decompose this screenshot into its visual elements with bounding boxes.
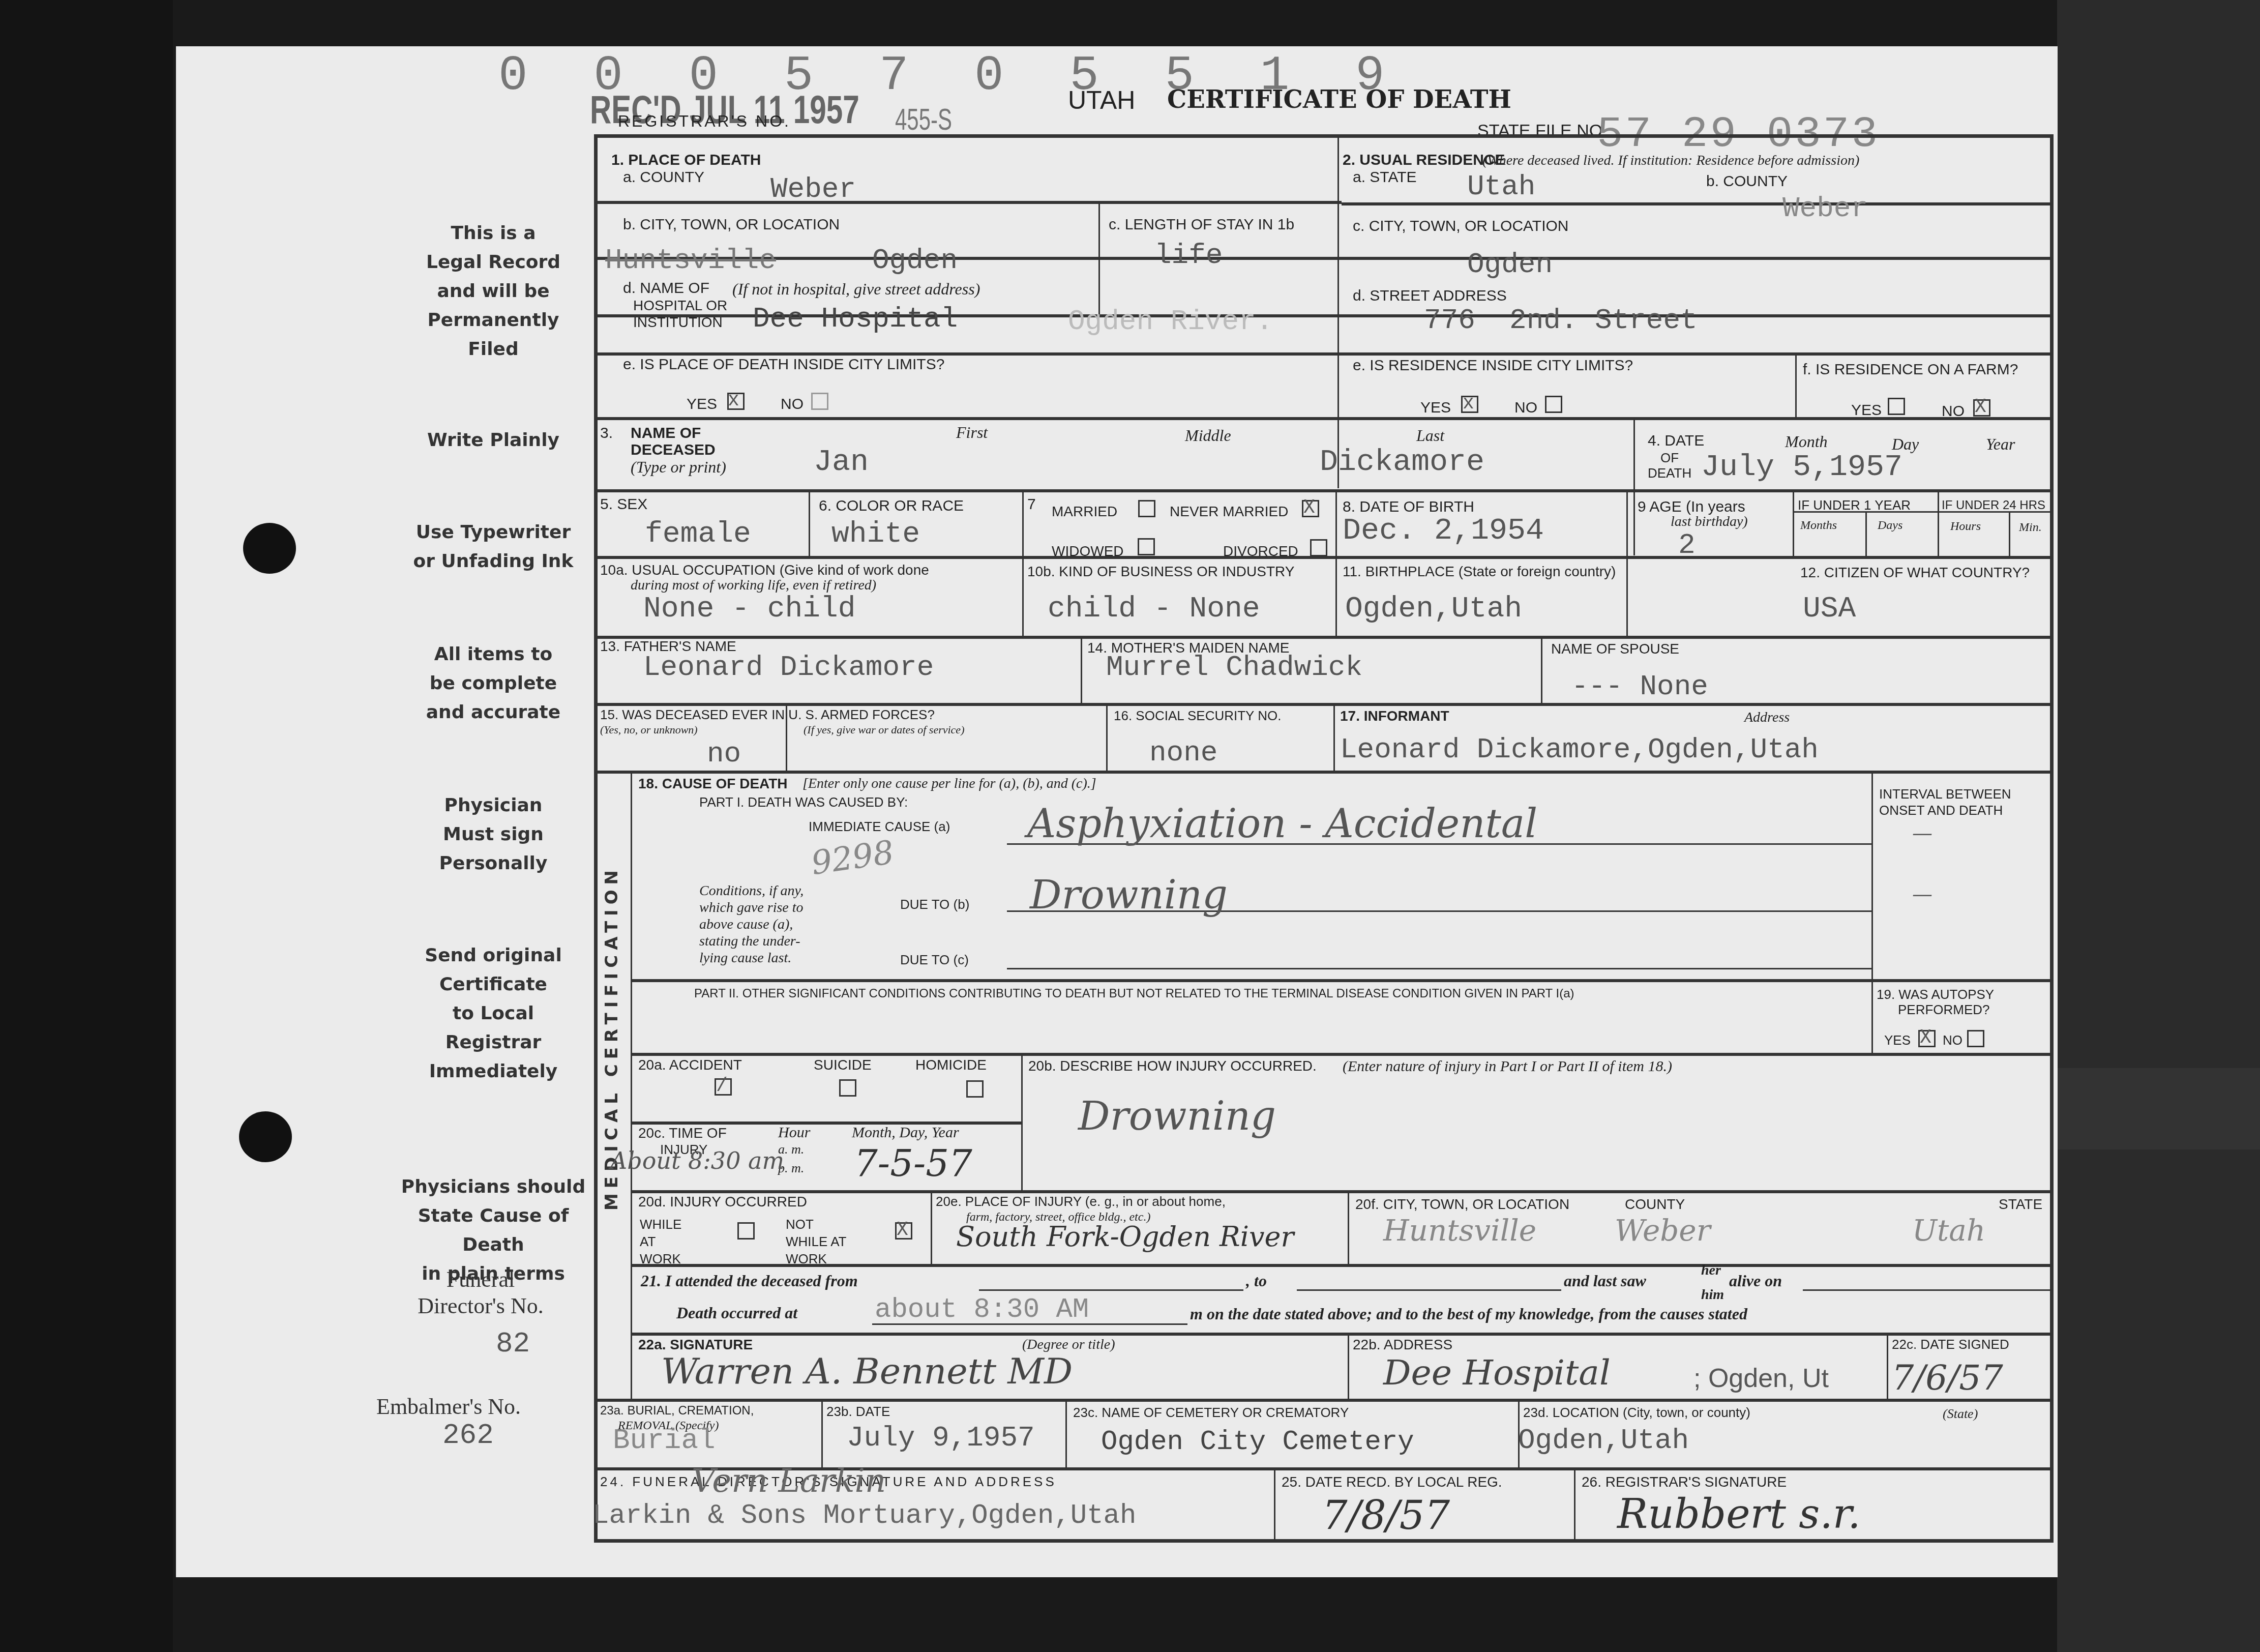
registrar-no: 455-S: [895, 102, 952, 137]
homicide-label: HOMICIDE: [915, 1057, 987, 1073]
birthplace-label: 11. BIRTHPLACE (State or foreign country…: [1343, 564, 1616, 580]
burial-date: July 9,1957: [847, 1422, 1035, 1454]
place-of-death-label: 1. PLACE OF DEATH: [611, 152, 761, 169]
industry-label: 10b. KIND OF BUSINESS OR INDUSTRY: [1027, 564, 1294, 580]
death-city-limits-no-label: NO: [781, 396, 804, 413]
injury-county-label: COUNTY: [1625, 1196, 1685, 1213]
not-while-at-work-label: NOT WHILE AT WORK: [786, 1216, 857, 1267]
death-county: Weber: [770, 173, 856, 205]
death-occurred-statement: m on the date stated above; and to the b…: [1190, 1305, 1747, 1323]
suicide-label: SUICIDE: [814, 1057, 872, 1073]
embalmer-no-label: Embalmer's No.: [376, 1394, 521, 1420]
place-of-injury: South Fork-Ogden River: [956, 1221, 1294, 1253]
armed-forces-sub-1: (Yes, no, or unknown): [600, 723, 698, 736]
residence-label: 2. USUAL RESIDENCE: [1343, 152, 1505, 169]
spouse-name: --- None: [1571, 670, 1708, 703]
sex-label: 5. SEX: [600, 496, 647, 513]
attended-from-label: 21. I attended the deceased from: [641, 1272, 858, 1290]
street-address: 776 2nd. Street: [1424, 304, 1698, 337]
injury-state-label: STATE: [1999, 1196, 2042, 1213]
armed-forces-label: 15. WAS DECEASED EVER IN U. S. ARMED FOR…: [600, 707, 935, 723]
title-state: UTAH: [1068, 85, 1135, 115]
autopsy-label-2: PERFORMED?: [1898, 1002, 1990, 1018]
time-of-injury: About 8:30 am: [610, 1147, 784, 1174]
deceased-label-3: (Type or print): [631, 458, 726, 477]
burial-location-label: 23d. LOCATION (City, town, or county): [1523, 1405, 1750, 1421]
death-city-limits-yes-checkbox[interactable]: x: [727, 393, 745, 410]
mother-name: Murrel Chadwick: [1106, 651, 1362, 684]
farm-no-label: NO: [1942, 403, 1965, 420]
date-of-injury: 7-5-57: [854, 1142, 972, 1185]
date-of-death-label-3: DEATH: [1648, 465, 1691, 481]
residence-city-limits-yes-label: YES: [1420, 399, 1451, 417]
armed-forces-sub-2: (If yes, give war or dates of service): [804, 723, 964, 736]
married-checkbox[interactable]: [1138, 500, 1155, 517]
ssn: none: [1149, 736, 1217, 769]
age-label: 9 AGE (In years: [1638, 498, 1745, 516]
citizen: USA: [1803, 593, 1856, 626]
due-to-c-label: DUE TO (c): [900, 952, 969, 968]
due-to-b-label: DUE TO (b): [900, 897, 969, 912]
margin-note-physician-sign: PhysicianMust signPersonally: [407, 791, 580, 878]
burial-state-label: (State): [1943, 1406, 1978, 1422]
time-of-injury-label: 20c. TIME OF: [638, 1125, 727, 1141]
margin-note-complete: All items tobe completeand accurate: [407, 640, 580, 727]
birth-date: Dec. 2,1954: [1343, 514, 1544, 548]
month-label: Month: [1785, 432, 1828, 451]
birth-date-label: 8. DATE OF BIRTH: [1343, 498, 1474, 516]
funeral-director-address: Larkin & Sons Mortuary,Ogden,Utah: [592, 1500, 1136, 1531]
physician-signature: Warren A. Bennett MD: [661, 1350, 1073, 1392]
race-label: 6. COLOR OR RACE: [819, 497, 964, 515]
registrar-no-label: REGISTRAR'S NO.: [618, 112, 791, 131]
injury-city: Huntsville: [1383, 1213, 1536, 1248]
hospital-hint: (If not in hospital, give street address…: [732, 280, 980, 299]
married-label: MARRIED: [1052, 504, 1117, 520]
him-label: him: [1701, 1287, 1724, 1303]
funeral-director-no-label: FuneralDirector's No.: [374, 1266, 587, 1319]
first-name: Jan: [814, 445, 869, 480]
hospital-faint-text: Ogden River.: [1068, 305, 1273, 338]
armed-forces: no: [707, 737, 741, 770]
divorced-checkbox[interactable]: [1310, 539, 1327, 556]
describe-injury-label: 20b. DESCRIBE HOW INJURY OCCURRED.: [1028, 1058, 1317, 1074]
physician-address-label: 22b. ADDRESS: [1353, 1337, 1452, 1353]
funeral-director-signature: Vern Larkin: [692, 1462, 886, 1500]
autopsy-yes-label: YES: [1884, 1032, 1911, 1048]
last-name: Dickamore: [1320, 445, 1484, 480]
last-saw-label: and last saw: [1564, 1272, 1646, 1290]
funeral-director-no: 82: [496, 1327, 530, 1360]
autopsy-no-label: NO: [1943, 1032, 1962, 1048]
interval-label: INTERVAL BETWEENONSET AND DEATH: [1879, 786, 2011, 818]
accident-checkbox[interactable]: /: [715, 1078, 732, 1096]
deceased-label-2: DECEASED: [631, 441, 716, 459]
immediate-cause: Asphyxiation - Accidental: [1027, 801, 1537, 847]
burial-method-label: 23a. BURIAL, CREMATION,: [600, 1404, 754, 1418]
physician-address-typed: ; Ogden, Ut: [1693, 1363, 1829, 1394]
date-of-injury-label: Month, Day, Year: [852, 1124, 959, 1141]
divorced-label: DIVORCED: [1223, 543, 1298, 559]
margin-note-legal: This is aLegal Recordand will bePermanen…: [407, 219, 580, 364]
alive-on-label: alive on: [1729, 1272, 1782, 1290]
death-time: about 8:30 AM: [875, 1294, 1089, 1325]
interval-a: —: [1912, 821, 1932, 845]
margin-note-write-plainly: Write Plainly: [407, 426, 580, 455]
residence-state: Utah: [1467, 170, 1535, 203]
death-city-struck: Huntsville: [605, 244, 776, 277]
cemetery-label: 23c. NAME OF CEMETERY OR CREMATORY: [1073, 1405, 1349, 1421]
residence-county: Weber: [1782, 192, 1868, 225]
informant-label: 17. INFORMANT: [1340, 708, 1449, 724]
widowed-checkbox[interactable]: [1138, 538, 1155, 555]
residence-county-label: b. COUNTY: [1706, 173, 1788, 190]
occupation-label: 10a. USUAL OCCUPATION (Give kind of work…: [600, 562, 929, 578]
informant: Leonard Dickamore,Ogden,Utah: [1340, 733, 1819, 766]
date-of-death: July 5,1957: [1701, 450, 1902, 485]
death-city: Ogden: [872, 244, 958, 277]
local-reg-date: 7/8/57: [1322, 1493, 1450, 1539]
place-of-injury-label: 20e. PLACE OF INJURY (e. g., in or about…: [936, 1194, 1226, 1209]
registrar-signature-label: 26. REGISTRAR'S SIGNATURE: [1582, 1474, 1787, 1490]
physician-address-hand: Dee Hospital: [1383, 1353, 1611, 1393]
marital-label-num: 7: [1027, 496, 1036, 513]
date-of-death-label-1: 4. DATE: [1648, 432, 1704, 450]
burial-method: Burial: [613, 1424, 716, 1457]
cemetery: Ogden City Cemetery: [1101, 1427, 1414, 1458]
citizen-label: 12. CITIZEN OF WHAT COUNTRY?: [1800, 565, 2030, 581]
middle-name-label: Middle: [1185, 426, 1231, 445]
burial-location: Ogden,Utah: [1518, 1424, 1689, 1457]
deceased-label-num: 3.: [600, 425, 613, 442]
burial-date-label: 23b. DATE: [826, 1404, 890, 1420]
describe-injury: Drowning: [1078, 1094, 1276, 1139]
length-of-stay: life: [1154, 239, 1223, 272]
residence-city-label: c. CITY, TOWN, OR LOCATION: [1353, 218, 1569, 235]
occupation: None - child: [643, 593, 856, 626]
residence-state-label: a. STATE: [1353, 169, 1417, 186]
due-to-b: Drowning: [1030, 872, 1228, 918]
attended-to-label: , to: [1246, 1272, 1267, 1290]
last-name-label: Last: [1416, 426, 1444, 445]
margin-note-send-original: Send originalCertificateto LocalRegistra…: [407, 941, 580, 1086]
hour-label: Hour: [778, 1124, 810, 1141]
farm-label: f. IS RESIDENCE ON A FARM?: [1803, 361, 2018, 378]
date-signed-label: 22c. DATE SIGNED: [1892, 1337, 2009, 1352]
occupation-label-2: during most of working life, even if ret…: [631, 577, 876, 594]
industry: child - None: [1048, 593, 1260, 626]
farm-yes-checkbox[interactable]: [1888, 398, 1905, 415]
never-married-checkbox[interactable]: X: [1302, 500, 1319, 517]
death-county-label: a. COUNTY: [623, 169, 704, 186]
hospital-name: Dee Hospital: [753, 303, 958, 335]
punch-hole-icon: [239, 1111, 292, 1162]
while-at-work-checkbox[interactable]: [737, 1222, 755, 1240]
embalmer-no: 262: [442, 1419, 494, 1452]
residence-city-limits-no-label: NO: [1514, 399, 1537, 417]
homicide-checkbox[interactable]: [966, 1080, 984, 1098]
age-label-2: last birthday): [1671, 514, 1748, 530]
part-1-label: PART I. DEATH WAS CAUSED BY:: [699, 794, 908, 810]
widowed-label: WIDOWED: [1052, 543, 1124, 559]
first-name-label: First: [956, 423, 988, 442]
scan-background-right: [2057, 0, 2260, 1652]
street-address-label: d. STREET ADDRESS: [1353, 287, 1507, 305]
birthplace: Ogden,Utah: [1345, 593, 1522, 626]
death-city-limits-no-checkbox[interactable]: [811, 393, 828, 410]
not-while-at-work-checkbox[interactable]: X: [895, 1222, 912, 1240]
under-24-hrs-label: IF UNDER 24 HRS: [1942, 498, 2045, 513]
hospital-label-2: HOSPITAL OR: [633, 298, 727, 314]
page-title: CERTIFICATE OF DEATH: [1167, 85, 1511, 114]
hours-label: Hours: [1950, 520, 1981, 534]
autopsy-no-checkbox[interactable]: [1967, 1030, 1984, 1047]
length-of-stay-label: c. LENGTH OF STAY IN 1b: [1109, 216, 1294, 233]
residence-city-limits-yes-checkbox[interactable]: x: [1461, 396, 1478, 413]
punch-hole-icon: [243, 523, 296, 574]
deceased-label-1: NAME OF: [631, 425, 701, 442]
days-label: Days: [1878, 519, 1902, 533]
describe-injury-hint: (Enter nature of injury in Part I or Par…: [1343, 1058, 1672, 1075]
death-occurred-label: Death occurred at: [676, 1304, 797, 1322]
father-name: Leonard Dickamore: [643, 651, 934, 684]
death-city-limits-yes-label: YES: [687, 396, 717, 413]
spouse-label: NAME OF SPOUSE: [1551, 641, 1679, 657]
informant-address-label: Address: [1744, 710, 1790, 726]
autopsy-yes-checkbox[interactable]: X: [1918, 1030, 1936, 1047]
registrar-signature: Rubbert s.r.: [1617, 1490, 1861, 1538]
scan-background-left: [0, 0, 173, 1652]
cause-of-death-hint: [Enter only one cause per line for (a), …: [802, 776, 1096, 792]
race: white: [831, 518, 920, 551]
accident-label: 20a. ACCIDENT: [638, 1057, 742, 1073]
scan-background-band: [2057, 1068, 2260, 1149]
residence-city-limits-label: e. IS RESIDENCE INSIDE CITY LIMITS?: [1353, 357, 1633, 374]
residence-city-limits-no-checkbox[interactable]: [1545, 396, 1562, 413]
min-label: Min.: [2019, 521, 2042, 535]
death-city-limits-label: e. IS PLACE OF DEATH INSIDE CITY LIMITS?: [623, 356, 944, 373]
date-of-death-label-2: OF: [1660, 450, 1679, 466]
injury-city-label: 20f. CITY, TOWN, OR LOCATION: [1355, 1196, 1569, 1213]
suicide-checkbox[interactable]: [839, 1079, 856, 1097]
her-label: her: [1701, 1262, 1721, 1279]
under-1-year-label: IF UNDER 1 YEAR: [1798, 497, 1911, 513]
year-label: Year: [1986, 435, 2015, 454]
injury-state: Utah: [1912, 1213, 1985, 1248]
cause-of-death-label: 18. CAUSE OF DEATH: [638, 776, 788, 792]
months-label: Months: [1800, 519, 1837, 533]
age: 2: [1678, 529, 1696, 562]
injury-county: Weber: [1615, 1213, 1710, 1248]
death-city-label: b. CITY, TOWN, OR LOCATION: [623, 216, 840, 233]
injury-occurred-label: 20d. INJURY OCCURRED: [638, 1194, 807, 1210]
while-at-work-label: WHILE AT WORK: [640, 1216, 696, 1267]
sex: female: [645, 518, 751, 551]
residence-city: Ogden: [1467, 248, 1553, 281]
margin-note-typewriter: Use Typewriteror Unfading Ink: [407, 518, 580, 576]
autopsy-label-1: 19. WAS AUTOPSY: [1877, 987, 1994, 1002]
part-2-label: PART II. OTHER SIGNIFICANT CONDITIONS CO…: [694, 987, 1574, 1001]
never-married-label: NEVER MARRIED: [1170, 504, 1288, 520]
ssn-label: 16. SOCIAL SECURITY NO.: [1114, 708, 1281, 724]
immediate-cause-label: IMMEDIATE CAUSE (a): [809, 819, 950, 835]
hospital-label-1: d. NAME OF: [623, 280, 709, 297]
interval-b: —: [1912, 882, 1932, 906]
farm-yes-label: YES: [1851, 402, 1882, 419]
residence-hint: (Where deceased lived. If institution: R…: [1482, 153, 1859, 169]
farm-no-checkbox[interactable]: X: [1973, 399, 1990, 417]
conditions-note: Conditions, if any,which gave rise toabo…: [699, 882, 804, 966]
local-reg-date-label: 25. DATE RECD. BY LOCAL REG.: [1282, 1474, 1502, 1490]
hospital-label-3: INSTITUTION: [633, 314, 723, 331]
date-signed: 7/6/57: [1892, 1358, 2003, 1398]
